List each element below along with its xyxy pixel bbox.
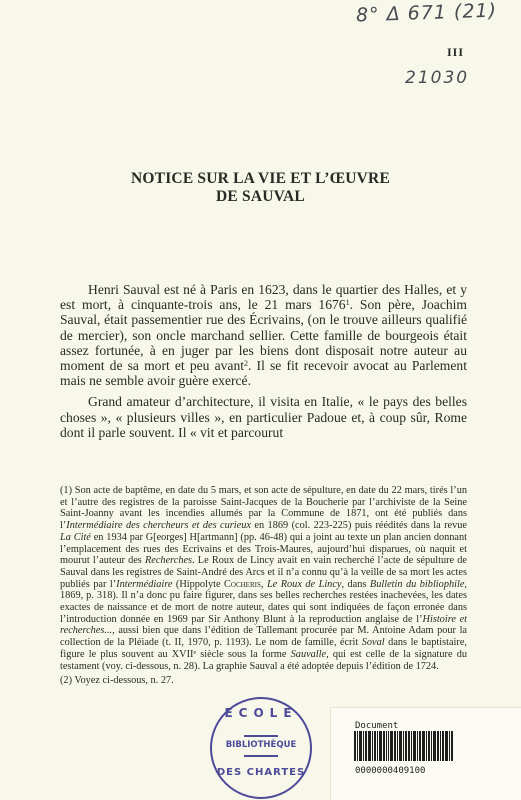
paragraph-1: Henri Sauval est né à Paris en 1623, dan… [60,282,467,388]
footnote-2: (2) Voyez ci-dessous, n. 27. [60,675,467,687]
text-run: (Hippolyte [172,579,224,590]
title-line-2: DE SAUVAL [100,188,421,206]
italic-title: La Cité [60,532,91,543]
italic-title: Intermédiaire des chercheurs et des curi… [66,520,251,531]
stamp-divider [244,735,278,737]
italic-title: Sauvalle [291,649,326,660]
page-number: III [447,45,464,60]
barcode-number: 0000000409100 [355,766,425,776]
stamp-bottom-text: DES CHARTES [212,767,310,778]
barcode-title: Document [355,721,398,731]
scanned-page: 8° Δ 671 (21) III 21030 NOTICE SUR LA VI… [0,0,521,800]
small-caps-name: Cocheris [224,579,261,590]
stamp-middle-text: BIBLIOTHÈQUE [212,740,310,750]
footnotes: (1) Son acte de baptême, en date du 5 ma… [60,485,467,687]
handwritten-shelfmark: 8° Δ 671 (21) [356,0,498,26]
stamp-top-text: ECOLE [212,706,310,720]
handwritten-inventory-number: 21030 [405,68,469,88]
text-run: en 1869 (col. 223-225) puis réédités dan… [251,520,467,531]
italic-title: Intermédiaire [116,579,172,590]
text-run: , dans [341,579,369,590]
barcode-label: Document 0000000409100 [330,707,521,800]
footnote-1: (1) Son acte de baptême, en date du 5 ma… [60,485,467,672]
italic-title: Soval [362,637,385,648]
paragraph-2: Grand amateur d’architecture, il visita … [60,394,467,440]
library-stamp: ECOLE BIBLIOTHÈQUE DES CHARTES [210,697,312,799]
italic-title: Recherches [145,555,192,566]
barcode-icon [354,731,472,761]
body-text: Henri Sauval est né à Paris en 1623, dan… [60,282,467,440]
italic-title: Bulletin du bibliophile [370,579,465,590]
page-title: NOTICE SUR LA VIE ET L’ŒUVRE DE SAUVAL [100,170,421,206]
stamp-divider [244,755,278,757]
title-line-1: NOTICE SUR LA VIE ET L’ŒUVRE [100,170,421,188]
italic-title: Le Roux de Lincy [267,579,342,590]
